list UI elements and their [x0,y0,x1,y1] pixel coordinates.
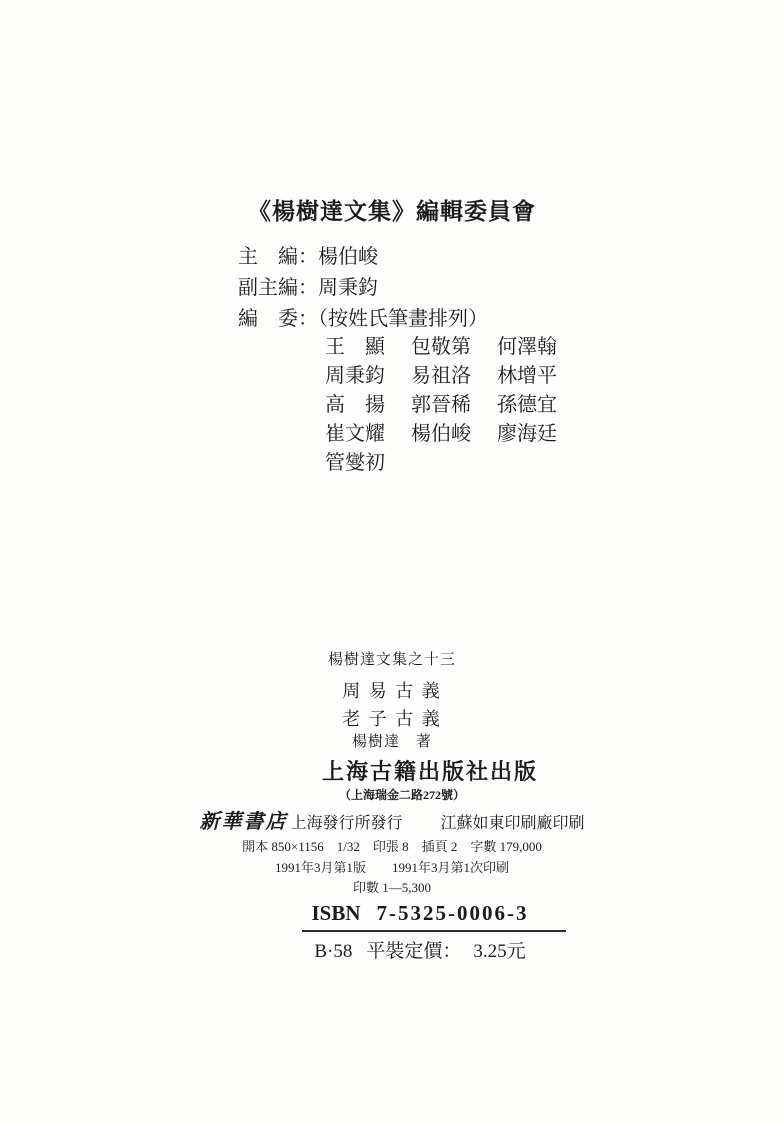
book-title-1: 周 易 古 義 [0,677,784,703]
deputy-editor-name: 周秉鈞 [318,277,378,299]
board-member: 周秉鈞 [325,366,387,386]
book-colophon-page: 《楊樹達文集》編輯委員會 主 編：楊伯峻 副主編：周秉鈞 編 委：（按姓氏筆畫排… [0,0,784,1122]
board-member: 高 揚 [325,395,387,415]
format-line: 開本 850×1156 1/32 印張 8 插頁 2 字數 179,000 [0,836,784,855]
deputy-editor-label: 副主編： [238,277,318,299]
board-label: 編 委： [238,308,318,330]
board-note: （按姓氏筆畫排列） [318,308,488,330]
series-title: 楊樹達文集之十三 [0,648,784,669]
edition-line: 1991年3月第1版 1991年3月第1次印刷 [0,857,784,876]
author-line: 楊樹達 著 [0,730,784,751]
board-member: 崔文耀 [325,424,387,444]
board-member: 孫德宜 [497,395,559,415]
board-member: 郭晉稀 [411,395,473,415]
committee-title: 《楊樹達文集》編輯委員會 [0,193,784,226]
price-label: 平裝定價： [366,941,461,962]
board-member: 易祖洛 [411,366,473,386]
print-run-line: 印數 1—5,300 [0,877,784,896]
book-title-2: 老 子 古 義 [0,705,784,731]
board-member: 包敬第 [411,337,473,357]
price-code: B·58 [314,941,352,962]
chief-editor-label: 主 編： [238,246,318,268]
distributor-brand: 新華書店 [199,811,287,833]
editor-roles: 主 編：楊伯峻 副主編：周秉鈞 編 委：（按姓氏筆畫排列） [238,245,488,338]
distribution-line: 新華書店上海發行所發行 江蘇如東印刷廠印刷 [0,805,784,834]
chief-editor-line: 主 編：楊伯峻 [238,245,488,276]
board-member: 林增平 [497,366,559,386]
deputy-editor-line: 副主編：周秉鈞 [238,276,488,307]
price-value: 3.25元 [473,941,525,962]
separator-rule [302,930,566,932]
price-line: B·58平裝定價：3.25元 [28,936,784,963]
printer: 江蘇如東印刷廠印刷 [441,810,585,833]
board-member: 管燮初 [325,453,387,473]
editorial-board-grid: 王 顯 包敬第 何澤翰 周秉鈞 易祖洛 林增平 高 揚 郭晉稀 孫德宜 崔文耀 … [325,337,559,473]
publisher-address: （上海瑞金二路272號） [10,786,784,803]
isbn-number: 7-5325-0006-3 [377,901,529,925]
publisher-line: 上海古籍出版社出版 [38,755,784,786]
chief-editor-name: 楊伯峻 [318,246,378,268]
board-member: 王 顯 [325,337,387,357]
distributor-rest: 上海發行所發行 [290,815,402,832]
board-member: 廖海廷 [497,424,559,444]
isbn-line: ISBN7-5325-0006-3 [28,901,784,926]
distributor: 新華書店上海發行所發行 [199,805,402,834]
board-label-line: 編 委：（按姓氏筆畫排列） [238,307,488,338]
isbn-label: ISBN [311,901,360,925]
board-member: 何澤翰 [497,337,559,357]
board-member: 楊伯峻 [411,424,473,444]
